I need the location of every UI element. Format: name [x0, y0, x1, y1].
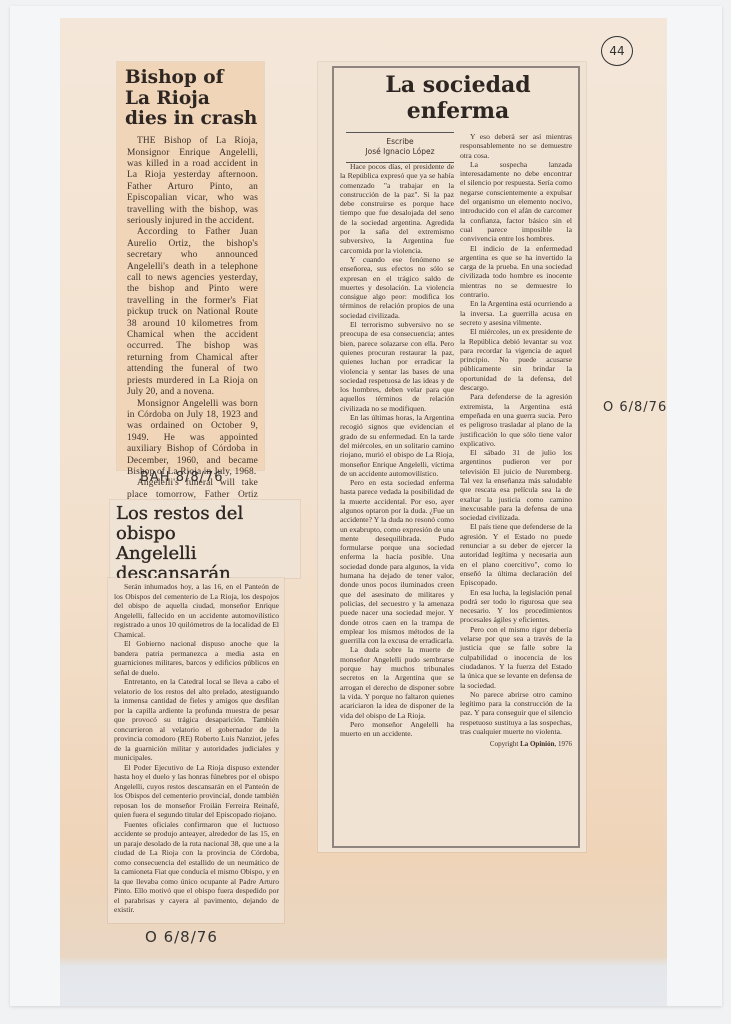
page-number: 44: [609, 44, 624, 58]
headline: Bishop of La Rioja dies in crash: [117, 62, 264, 132]
article-column-2: Y eso deberá ser así mientras responsabl…: [460, 132, 572, 750]
article-column-1: Hace pocos días, el presidente de la Rep…: [340, 162, 454, 738]
clipping-bishop-dies-in-crash: Bishop of La Rioja dies in crash THE Bis…: [117, 62, 264, 470]
article-body: Serán inhumados hoy, a las 16, en el Pan…: [108, 578, 284, 915]
headline: La sociedad enferma: [338, 72, 578, 124]
clipping-la-sociedad-enferma: La sociedad enferma Escribe José Ignacio…: [318, 62, 586, 852]
copyright-line: Copyright La Opinión, 1976: [460, 740, 572, 749]
page-number-circle: 44: [601, 36, 633, 66]
handwritten-date-note: O 6/8/76: [145, 928, 218, 946]
article-body: THE Bishop of La Rioja, Monsignor Enriqu…: [117, 132, 264, 512]
handwritten-date-note: BAH 8/8/76: [140, 470, 224, 485]
handwritten-date-note: O 6/8/76: [603, 400, 667, 415]
clipping-restos-headline: Los restos del obispo Angelelli descansa…: [110, 500, 300, 578]
clipping-restos-body: Serán inhumados hoy, a las 16, en el Pan…: [108, 578, 284, 923]
byline: Escribe José Ignacio López: [346, 132, 454, 163]
